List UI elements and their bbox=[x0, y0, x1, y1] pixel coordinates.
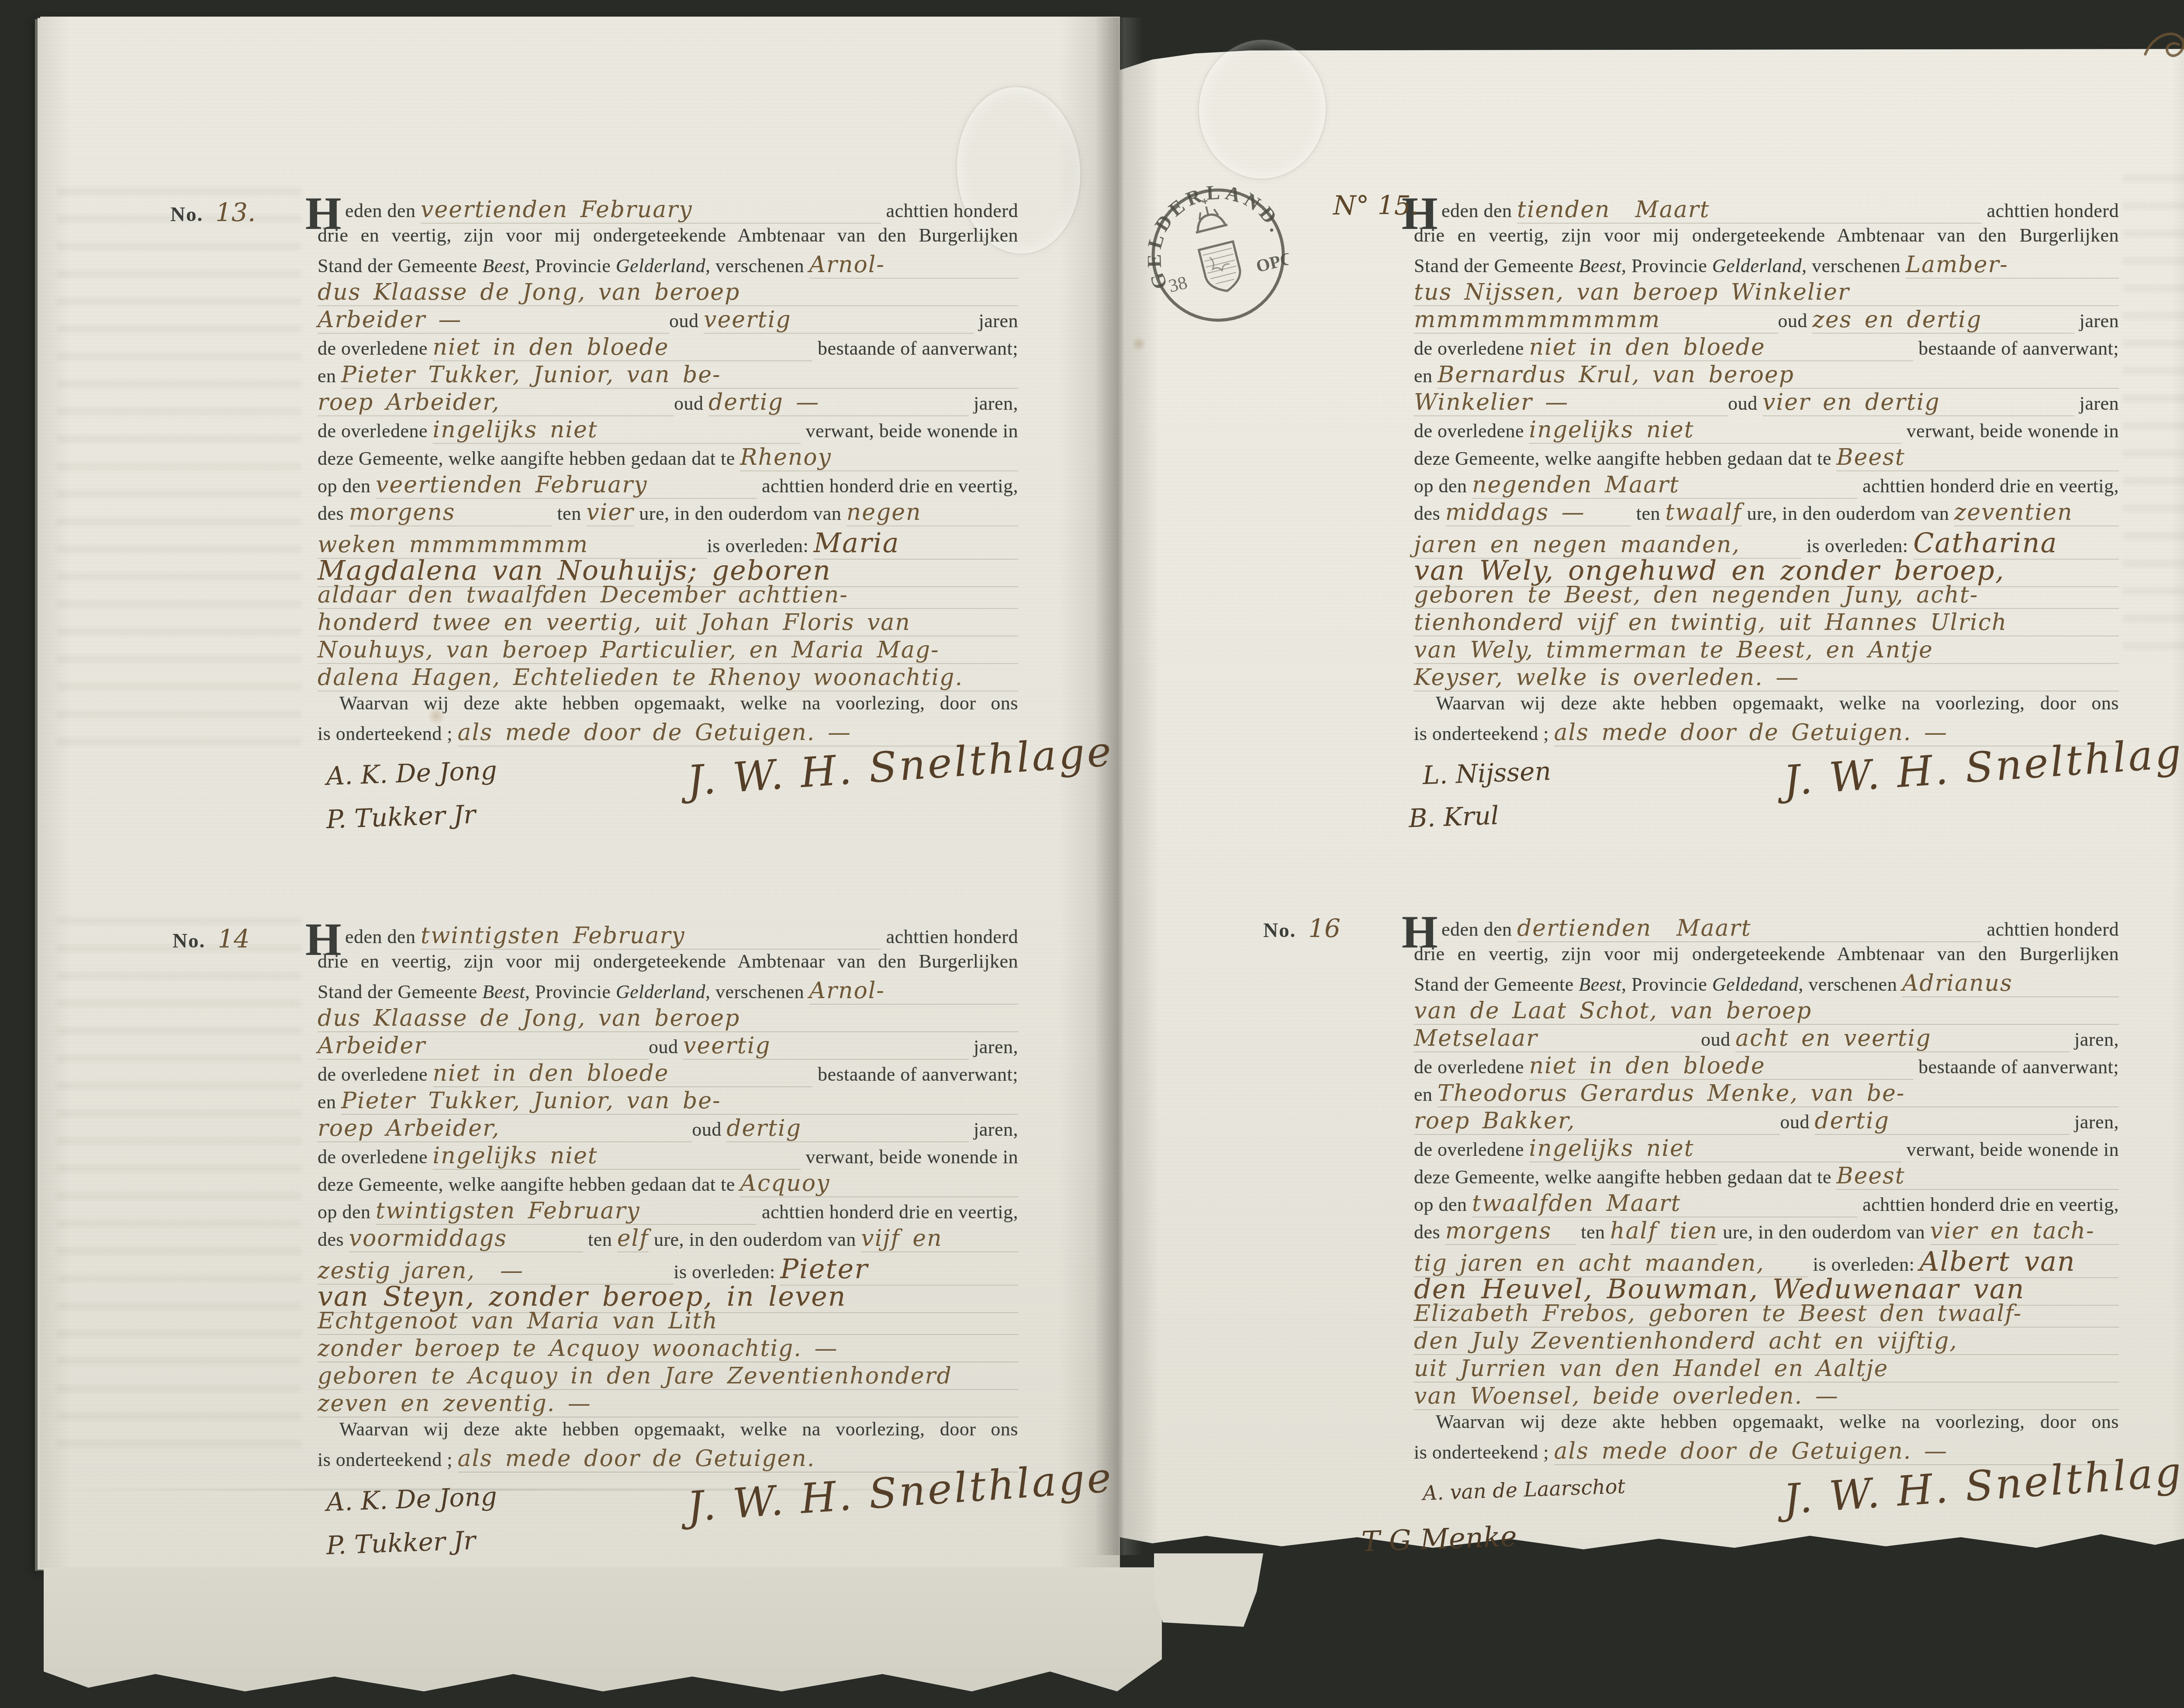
record-line: geboren te Acquoy in den Jare Zeventienh… bbox=[318, 1363, 1018, 1390]
handwritten-text: negen bbox=[847, 499, 1018, 526]
printed-text: verwant, beide wonende in bbox=[1901, 420, 2119, 442]
handwritten-text: Rhenoy bbox=[740, 444, 1018, 471]
printed-text: jaren, bbox=[969, 1036, 1018, 1058]
printed-text: Gelderland bbox=[1712, 255, 1802, 277]
record-line: van Steyn, zonder beroep, in leven bbox=[318, 1280, 1018, 1308]
printed-text: , verschenen bbox=[705, 981, 809, 1003]
handwritten-text: elf bbox=[617, 1225, 649, 1252]
handwritten-text: vier en tach- bbox=[1930, 1218, 2119, 1245]
record-line: zestig jaren, —is overleden: Pieter bbox=[318, 1253, 1018, 1280]
printed-text: op den bbox=[1414, 475, 1472, 497]
record-line: Stand der Gemeente Beest, Provincie Geld… bbox=[1414, 970, 2119, 998]
record-line: Arbeider — oud veertig jaren bbox=[318, 307, 1018, 334]
handwritten-text: Adrianus bbox=[1902, 970, 2119, 997]
record-line: deze Gemeente, welke aangifte hebben ged… bbox=[318, 444, 1018, 472]
printed-text: Stand der Gemeente bbox=[318, 981, 482, 1003]
handwritten-text: tienhonderd vijf en twintig, uit Hannes … bbox=[1414, 609, 2119, 636]
binding-fold-shadow bbox=[1095, 17, 1143, 1555]
witness-signature: P. Tukker Jr bbox=[326, 799, 476, 834]
printed-text: jaren bbox=[2074, 310, 2119, 332]
record-line: tig jaren en acht maanden, is overleden:… bbox=[1414, 1245, 2119, 1273]
handwritten-text: ingelijks niet bbox=[433, 1143, 801, 1170]
handwritten-text: Echtgenoot van Maria van Lith bbox=[318, 1308, 1018, 1335]
record-line: zeven en zeventig. — bbox=[318, 1390, 1018, 1418]
record-line: Heden den twintigsten February achttien … bbox=[318, 923, 1018, 950]
signature-block: A. van de Laarschot T G Menke J. W. H. S… bbox=[1414, 1469, 2119, 1574]
record-line: en Bernardus Krul, van beroep bbox=[1414, 362, 2119, 389]
record-line: op den twaalfden Maart achttien honderd … bbox=[1414, 1190, 2119, 1218]
record-line: van Wely, timmerman te Beest, en Antje bbox=[1414, 637, 2119, 664]
underlying-page-edge bbox=[44, 1567, 1162, 1691]
handwritten-text: aldaar den twaalfden December achttien- bbox=[318, 582, 1018, 609]
printed-text: bestaande of aanverwant; bbox=[812, 337, 1018, 360]
handwritten-text: zeven en zeventig. — bbox=[318, 1390, 1018, 1418]
printed-text: oud bbox=[1780, 1111, 1814, 1133]
record-line: aldaar den twaalfden December achttien- bbox=[318, 582, 1018, 609]
handwritten-text: Lamber- bbox=[1906, 252, 2119, 279]
record-line: Metselaar oud acht en veertig jaren, bbox=[1414, 1025, 2119, 1053]
handwritten-text: negenden Maart bbox=[1472, 472, 1857, 499]
handwritten-text: morgens bbox=[1445, 1218, 1576, 1245]
printed-text: Beest bbox=[482, 981, 525, 1003]
handwritten-text: van Woensel, beide overleden. — bbox=[1414, 1383, 2119, 1410]
witness-signature: P. Tukker Jr bbox=[326, 1525, 476, 1560]
no-label-printed: No. bbox=[170, 203, 203, 226]
printed-text: oud bbox=[649, 1036, 683, 1058]
printed-text: is onderteekend ; bbox=[318, 723, 458, 745]
handwritten-text: dus Klaasse de Jong, van beroep bbox=[318, 279, 1018, 306]
handwritten-text: twintigsten February bbox=[421, 923, 881, 950]
witness-signature: B. Krul bbox=[1408, 800, 1500, 833]
printed-text: ten bbox=[1631, 502, 1665, 525]
handwritten-text: dertig bbox=[1814, 1108, 2069, 1135]
handwritten-text: roep Bakker, bbox=[1414, 1108, 1780, 1135]
printed-text: Stand der Gemeente bbox=[1414, 973, 1579, 996]
record-line: drie en veertig, zijn voor mij ondergete… bbox=[318, 224, 1018, 252]
printed-text: ure, in den ouderdom van bbox=[649, 1228, 861, 1251]
record-line: en Pieter Tukker, Junior, van be- bbox=[318, 362, 1018, 389]
record-body: Heden den veertienden February achttien … bbox=[318, 197, 1018, 747]
handwritten-text: half tien bbox=[1610, 1218, 1718, 1245]
printed-text: jaren, bbox=[969, 392, 1018, 415]
record-line: jaren en negen maanden, is overleden: Ca… bbox=[1414, 527, 2119, 554]
printed-text: achttien honderd bbox=[1982, 200, 2119, 222]
record-line: de overledene niet in den bloede bestaan… bbox=[1414, 334, 2119, 362]
printed-text: des bbox=[1414, 1221, 1445, 1243]
handwritten-text: vier bbox=[586, 499, 634, 526]
handwritten-text: mmmmmmmmmmm bbox=[1414, 307, 1778, 334]
shield-icon bbox=[1199, 242, 1244, 295]
record-line: honderd twee en veertig, uit Johan Flori… bbox=[318, 609, 1018, 637]
printed-text: is overleden: bbox=[1801, 535, 1913, 557]
printed-text: eden den bbox=[1441, 200, 1517, 222]
handwritten-text: Nouhuys, van beroep Particulier, en Mari… bbox=[318, 637, 1018, 664]
record-line: Heden den veertienden February achttien … bbox=[318, 197, 1018, 224]
record-line: Keyser, welke is overleden. — bbox=[1414, 664, 2119, 692]
record-line: roep Arbeider, oud dertig jaren, bbox=[318, 1115, 1018, 1143]
handwritten-text: Keyser, welke is overleden. — bbox=[1414, 664, 2119, 691]
printed-text: Waarvan wij deze akte hebben opgemaakt, … bbox=[1436, 692, 2119, 714]
record-line: Stand der Gemeente Beest, Provincie Geld… bbox=[1414, 252, 2119, 279]
record-line: op den negenden Maart achttien honderd d… bbox=[1414, 472, 2119, 499]
handwritten-text: van Wely, timmerman te Beest, en Antje bbox=[1414, 637, 2119, 664]
record-line: Arbeider oud veertig jaren, bbox=[318, 1033, 1018, 1060]
printed-text: jaren, bbox=[2070, 1028, 2119, 1051]
handwritten-text: zeventien bbox=[1954, 499, 2119, 526]
record-line: des middags — ten twaalf ure, in den oud… bbox=[1414, 499, 2119, 527]
printed-text: Beest bbox=[1579, 973, 1621, 996]
handwritten-text: veertig bbox=[704, 307, 974, 334]
printed-text: en bbox=[318, 1091, 341, 1113]
death-record-16: No.16 Heden den dertienden Maart achttie… bbox=[1414, 915, 2119, 1574]
death-record-15: N° 15. Heden den tienden Maart achttien … bbox=[1414, 197, 2119, 855]
signature-block: A. K. De Jong P. Tukker Jr J. W. H. Snel… bbox=[318, 1476, 1018, 1581]
printed-text: op den bbox=[318, 475, 376, 497]
witness-signature: A. van de Laarschot bbox=[1422, 1474, 1626, 1505]
record-number-handwritten: 16 bbox=[1308, 913, 1341, 943]
printed-text: drie en veertig, zijn voor mij ondergete… bbox=[318, 951, 1018, 972]
printed-text: achttien honderd drie en veertig, bbox=[1857, 475, 2119, 497]
printed-text: op den bbox=[318, 1201, 376, 1223]
record-line: Winkelier — oud vier en dertig jaren bbox=[1414, 389, 2119, 417]
record-line: Stand der Gemeente Beest, Provincie Geld… bbox=[318, 978, 1018, 1005]
record-number-label: No.16 bbox=[1263, 913, 1341, 943]
record-line: Elizabeth Frebos, geboren te Beest den t… bbox=[1414, 1300, 2119, 1328]
handwritten-text: dalena Hagen, Echtelieden te Rhenoy woon… bbox=[318, 664, 1018, 691]
record-line: roep Arbeider, oud dertig — jaren, bbox=[318, 389, 1018, 417]
handwritten-text: niet in den bloede bbox=[433, 1060, 813, 1087]
record-line: de overledene niet in den bloede bestaan… bbox=[318, 334, 1018, 362]
pen-flourish bbox=[2141, 22, 2184, 76]
handwritten-text: Elizabeth Frebos, geboren te Beest den t… bbox=[1414, 1300, 2119, 1328]
foxing-spot bbox=[1131, 336, 1146, 351]
record-line: deze Gemeente, welke aangifte hebben ged… bbox=[1414, 444, 2119, 472]
record-line: tienhonderd vijf en twintig, uit Hannes … bbox=[1414, 609, 2119, 637]
handwritten-text: twaalf bbox=[1666, 499, 1742, 526]
record-line: Waarvan wij deze akte hebben opgemaakt, … bbox=[318, 1418, 1018, 1445]
printed-text: , verschenen bbox=[705, 255, 809, 277]
printed-text: Waarvan wij deze akte hebben opgemaakt, … bbox=[339, 1418, 1018, 1440]
record-line: op den twintigsten February achttien hon… bbox=[318, 1198, 1018, 1225]
printed-text: Beest bbox=[482, 255, 525, 277]
printed-text: des bbox=[1414, 502, 1445, 525]
printed-text: is onderteekend ; bbox=[1414, 1441, 1554, 1463]
handwritten-text: veertienden February bbox=[376, 472, 757, 499]
printed-text: is onderteekend ; bbox=[318, 1449, 458, 1471]
printed-text: ure, in den ouderdom van bbox=[1742, 502, 1954, 525]
handwritten-text: niet in den bloede bbox=[1529, 334, 1914, 361]
record-line: den July Zeventienhonderd acht en vijfti… bbox=[1414, 1328, 2119, 1355]
record-line: den Heuvel, Bouwman, Weduwenaar van bbox=[1414, 1273, 2119, 1300]
handwritten-text: ingelijks niet bbox=[433, 417, 801, 444]
record-line: des morgens ten vier ure, in den ouderdo… bbox=[318, 499, 1018, 527]
record-line: op den veertienden February achttien hon… bbox=[318, 472, 1018, 499]
printed-text: drie en veertig, zijn voor mij ondergete… bbox=[1414, 225, 2119, 246]
handwritten-text: vijf en bbox=[861, 1225, 1018, 1252]
handwritten-text: geboren te Beest, den negenden Juny, ach… bbox=[1414, 582, 2119, 609]
printed-text: achttien honderd bbox=[1982, 918, 2119, 940]
printed-text: jaren bbox=[2074, 392, 2119, 415]
printed-text: achttien honderd drie en veertig, bbox=[1857, 1193, 2119, 1216]
printed-text: oud bbox=[1701, 1028, 1735, 1051]
record-line: Echtgenoot van Maria van Lith bbox=[318, 1308, 1018, 1335]
record-number-label: No.13. bbox=[170, 197, 256, 227]
record-line: en Pieter Tukker, Junior, van be- bbox=[318, 1088, 1018, 1115]
handwritten-text: Arbeider bbox=[318, 1033, 649, 1060]
no-label-printed: No. bbox=[173, 930, 205, 952]
handwritten-text: honderd twee en veertig, uit Johan Flori… bbox=[318, 609, 1018, 636]
handwritten-text: niet in den bloede bbox=[1529, 1053, 1914, 1080]
printed-text: achttien honderd bbox=[881, 926, 1018, 948]
handwritten-text: voormiddags bbox=[349, 1225, 583, 1252]
handwritten-text: tus Nijssen, van beroep Winkelier bbox=[1414, 279, 2119, 306]
printed-text: verwant, beide wonende in bbox=[1901, 1138, 2119, 1161]
printed-text: eden den bbox=[1441, 918, 1517, 940]
printed-text: de overledene bbox=[1414, 1056, 1529, 1078]
handwritten-text: niet in den bloede bbox=[433, 334, 813, 361]
printed-text: verwant, beide wonende in bbox=[801, 1146, 1018, 1168]
death-record-13: No.13. Heden den veertienden February ac… bbox=[318, 197, 1018, 855]
witness-signature: T G Menke bbox=[1361, 1521, 1517, 1558]
printed-text: drie en veertig, zijn voor mij ondergete… bbox=[1414, 943, 2119, 965]
printed-text: de overledene bbox=[318, 337, 433, 360]
printed-text: verwant, beide wonende in bbox=[801, 420, 1018, 442]
witness-signature: A. K. De Jong bbox=[326, 755, 498, 791]
handwritten-text: acht en veertig bbox=[1735, 1025, 2070, 1052]
record-line: dalena Hagen, Echtelieden te Rhenoy woon… bbox=[318, 664, 1018, 692]
record-line: weken mmmmmmmmis overleden: Maria bbox=[318, 527, 1018, 554]
record-line: deze Gemeente, welke aangifte hebben ged… bbox=[318, 1170, 1018, 1198]
printed-text: achttien honderd drie en veertig, bbox=[757, 1201, 1018, 1223]
record-line: Waarvan wij deze akte hebben opgemaakt, … bbox=[1414, 692, 2119, 719]
record-line: van Wely, ongehuwd en zonder beroep, bbox=[1414, 554, 2119, 582]
record-line: van de Laat Schot, van beroep bbox=[1414, 998, 2119, 1025]
stamp-left-number: 38 bbox=[1167, 272, 1189, 297]
printed-text: Stand der Gemeente bbox=[1414, 255, 1579, 277]
handwritten-text: Beest bbox=[1836, 444, 2119, 471]
handwritten-text: dertig bbox=[726, 1115, 968, 1142]
handwritten-text: dertienden Maart bbox=[1517, 915, 1982, 942]
printed-text: oud bbox=[674, 392, 708, 415]
printed-text: Gelderland bbox=[616, 981, 705, 1003]
record-line: Nouhuys, van beroep Particulier, en Mari… bbox=[318, 637, 1018, 664]
handwritten-text: Metselaar bbox=[1414, 1025, 1701, 1052]
handwritten-text: dertig — bbox=[708, 389, 969, 416]
printed-text: de overledene bbox=[318, 1146, 433, 1168]
printed-text: Stand der Gemeente bbox=[318, 255, 482, 277]
handwritten-text: Winkelier — bbox=[1414, 389, 1728, 416]
handwritten-text: Pieter Tukker, Junior, van be- bbox=[341, 362, 1018, 389]
handwritten-text: Beest bbox=[1836, 1163, 2119, 1190]
handwritten-text: roep Arbeider, bbox=[318, 1115, 692, 1142]
printed-text: bestaande of aanverwant; bbox=[812, 1063, 1018, 1086]
record-body: Heden den twintigsten February achttien … bbox=[318, 923, 1018, 1473]
record-line: uit Jurrien van den Handel en Aaltje bbox=[1414, 1355, 2119, 1383]
death-record-14: No.14 Heden den twintigsten February ach… bbox=[318, 923, 1018, 1581]
record-line: en Theodorus Gerardus Menke, van be- bbox=[1414, 1080, 2119, 1108]
handwritten-text: Acquoy bbox=[740, 1170, 1018, 1197]
printed-text: deze Gemeente, welke aangifte hebben ged… bbox=[1414, 1166, 1836, 1188]
printed-text: eden den bbox=[345, 926, 421, 948]
record-line: dus Klaasse de Jong, van beroep bbox=[318, 1005, 1018, 1033]
record-line: des voormiddags ten elf ure, in den oude… bbox=[318, 1225, 1018, 1253]
no-label-printed: No. bbox=[1263, 919, 1296, 942]
record-number-handwritten: N° 15. bbox=[1333, 190, 1419, 221]
record-line: dus Klaasse de Jong, van beroep bbox=[318, 279, 1018, 307]
printed-text: de overledene bbox=[318, 1063, 433, 1086]
record-line: zonder beroep te Acquoy woonachtig. — bbox=[318, 1335, 1018, 1363]
handwritten-text: Arnol- bbox=[809, 252, 1019, 279]
handwritten-text: tienden Maart bbox=[1517, 197, 1982, 224]
printed-text: H bbox=[305, 201, 342, 226]
printed-text: is overleden: bbox=[674, 1261, 780, 1283]
record-number-label: N° 15. bbox=[1333, 190, 1419, 221]
printed-text: Waarvan wij deze akte hebben opgemaakt, … bbox=[1436, 1411, 2119, 1432]
printed-text: de overledene bbox=[1414, 337, 1529, 360]
record-line: des morgens ten half tien ure, in den ou… bbox=[1414, 1218, 2119, 1245]
record-line: van Woensel, beide overleden. — bbox=[1414, 1383, 2119, 1411]
handwritten-text: zonder beroep te Acquoy woonachtig. — bbox=[318, 1335, 1018, 1362]
witness-signature: A. K. De Jong bbox=[326, 1481, 498, 1517]
record-line: de overledene ingelijks niet verwant, be… bbox=[1414, 1135, 2119, 1163]
printed-text: is overleden: bbox=[707, 535, 814, 557]
record-number-handwritten: 13. bbox=[215, 197, 256, 227]
printed-text: , Provincie bbox=[1621, 973, 1712, 996]
handwritten-text: twintigsten February bbox=[376, 1198, 757, 1225]
printed-text: de overledene bbox=[1414, 1138, 1529, 1161]
printed-text: des bbox=[318, 1228, 349, 1251]
printed-text: ten bbox=[583, 1228, 617, 1251]
handwritten-text: Theodorus Gerardus Menke, van be- bbox=[1438, 1080, 2119, 1107]
handwritten-text: den July Zeventienhonderd acht en vijfti… bbox=[1414, 1328, 2119, 1355]
printed-text: jaren, bbox=[2070, 1111, 2119, 1133]
handwritten-text: dus Klaasse de Jong, van beroep bbox=[318, 1005, 1018, 1032]
printed-text: ure, in den ouderdom van bbox=[634, 502, 847, 525]
printed-text: achttien honderd drie en veertig, bbox=[757, 475, 1018, 497]
record-line: roep Bakker, oud dertig jaren, bbox=[1414, 1108, 2119, 1135]
printed-text: achttien honderd bbox=[881, 200, 1018, 222]
record-line: de overledene niet in den bloede bestaan… bbox=[318, 1060, 1018, 1088]
printed-text: , verschenen bbox=[1798, 973, 1902, 996]
page-corner-tab bbox=[1154, 1553, 1263, 1627]
printed-text: drie en veertig, zijn voor mij ondergete… bbox=[318, 225, 1018, 246]
printed-text: Waarvan wij deze akte hebben opgemaakt, … bbox=[339, 692, 1018, 714]
signature-block: A. K. De Jong P. Tukker Jr J. W. H. Snel… bbox=[318, 750, 1018, 855]
handwritten-text: morgens bbox=[349, 499, 552, 526]
record-line: Heden den dertienden Maart achttien hond… bbox=[1414, 915, 2119, 943]
handwritten-text: van de Laat Schot, van beroep bbox=[1414, 998, 2119, 1025]
printed-text: en bbox=[1414, 1083, 1438, 1106]
record-line: drie en veertig, zijn voor mij ondergete… bbox=[1414, 943, 2119, 970]
handwritten-text: ingelijks niet bbox=[1529, 417, 1901, 444]
record-line: geboren te Beest, den negenden Juny, ach… bbox=[1414, 582, 2119, 609]
printed-text: de overledene bbox=[1414, 420, 1529, 442]
printed-text: is onderteekend ; bbox=[1414, 723, 1554, 745]
handwritten-text: ingelijks niet bbox=[1529, 1135, 1901, 1162]
printed-text: H bbox=[1402, 920, 1438, 945]
handwritten-text: middags — bbox=[1445, 499, 1631, 526]
record-line: de overledene niet in den bloede bestaan… bbox=[1414, 1053, 2119, 1080]
printed-text: bestaande of aanverwant; bbox=[1913, 1056, 2119, 1078]
printed-text: bestaande of aanverwant; bbox=[1913, 337, 2119, 360]
record-line: drie en veertig, zijn voor mij ondergete… bbox=[1414, 224, 2119, 252]
record-line: Stand der Gemeente Beest, Provincie Geld… bbox=[318, 252, 1018, 279]
handwritten-text: veertienden February bbox=[421, 197, 881, 224]
printed-text: en bbox=[318, 365, 341, 387]
printed-text: des bbox=[318, 502, 349, 525]
printed-text: oud bbox=[1728, 392, 1762, 415]
gelderland-ink-stamp: GELDERLAND. 38 OPC bbox=[1148, 185, 1289, 325]
printed-text: oud bbox=[692, 1118, 726, 1141]
printed-text: Geldedand bbox=[1712, 973, 1799, 996]
handwritten-text: twaalfden Maart bbox=[1472, 1190, 1857, 1217]
printed-text: en bbox=[1414, 365, 1438, 387]
printed-text: deze Gemeente, welke aangifte hebben ged… bbox=[318, 1173, 740, 1196]
printed-text: eden den bbox=[345, 200, 421, 222]
handwritten-text: roep Arbeider, bbox=[318, 389, 674, 416]
printed-text: op den bbox=[1414, 1193, 1472, 1216]
record-line: Waarvan wij deze akte hebben opgemaakt, … bbox=[1414, 1411, 2119, 1438]
printed-text: ten bbox=[1576, 1221, 1610, 1243]
printed-text: ten bbox=[552, 502, 586, 525]
record-line: de overledene ingelijks niet verwant, be… bbox=[318, 417, 1018, 444]
handwritten-text: zes en dertig bbox=[1812, 307, 2074, 334]
record-body: Heden den tienden Maart achttien honderd… bbox=[1414, 197, 2119, 747]
printed-text: deze Gemeente, welke aangifte hebben ged… bbox=[318, 447, 740, 470]
record-line: Magdalena van Nouhuijs; geboren bbox=[318, 554, 1018, 582]
record-line: Waarvan wij deze akte hebben opgemaakt, … bbox=[318, 692, 1018, 719]
printed-text: , Provincie bbox=[525, 981, 616, 1003]
handwritten-text: Bernardus Krul, van beroep bbox=[1438, 362, 2119, 389]
printed-text: jaren bbox=[974, 310, 1018, 332]
printed-text: oud bbox=[1778, 310, 1812, 332]
handwritten-text: Pieter Tukker, Junior, van be- bbox=[341, 1088, 1018, 1115]
printed-text: Beest bbox=[1579, 255, 1621, 277]
record-number-label: No.14 bbox=[173, 924, 250, 954]
printed-text: , Provincie bbox=[1621, 255, 1712, 277]
handwritten-text: Arnol- bbox=[809, 978, 1019, 1005]
handwritten-text: geboren te Acquoy in den Jare Zeventienh… bbox=[318, 1363, 1018, 1390]
handwritten-text: uit Jurrien van den Handel en Aaltje bbox=[1414, 1355, 2119, 1383]
printed-text: is overleden: bbox=[1808, 1253, 1920, 1276]
record-line: de overledene ingelijks niet verwant, be… bbox=[318, 1143, 1018, 1170]
handwritten-text: Arbeider — bbox=[318, 307, 669, 334]
printed-text: deze Gemeente, welke aangifte hebben ged… bbox=[1414, 447, 1836, 470]
witness-signature: L. Nijssen bbox=[1422, 756, 1552, 790]
record-line: mmmmmmmmmmm oud zes en dertig jaren bbox=[1414, 307, 2119, 334]
printed-text: , Provincie bbox=[525, 255, 616, 277]
record-number-handwritten: 14 bbox=[218, 924, 250, 954]
printed-text: de overledene bbox=[318, 420, 433, 442]
printed-text: H bbox=[305, 927, 342, 952]
signature-block: L. Nijssen B. Krul J. W. H. Snelthlage bbox=[1414, 750, 2119, 855]
stamp-right-code: OPC bbox=[1254, 248, 1289, 276]
printed-text: ure, in den ouderdom van bbox=[1718, 1221, 1930, 1243]
printed-text: jaren, bbox=[969, 1118, 1018, 1141]
record-line: de overledene ingelijks niet verwant, be… bbox=[1414, 417, 2119, 444]
handwritten-text: veertig bbox=[683, 1033, 969, 1060]
record-body: Heden den dertienden Maart achttien hond… bbox=[1414, 915, 2119, 1466]
handwritten-text: vier en dertig bbox=[1762, 389, 2074, 416]
printed-text: Gelderland bbox=[616, 255, 705, 277]
record-line: drie en veertig, zijn voor mij ondergete… bbox=[318, 950, 1018, 978]
record-line: Heden den tienden Maart achttien honderd bbox=[1414, 197, 2119, 224]
printed-text: oud bbox=[669, 310, 704, 332]
printed-text: , verschenen bbox=[1802, 255, 1905, 277]
record-line: tus Nijssen, van beroep Winkelier bbox=[1414, 279, 2119, 307]
record-line: deze Gemeente, welke aangifte hebben ged… bbox=[1414, 1163, 2119, 1190]
